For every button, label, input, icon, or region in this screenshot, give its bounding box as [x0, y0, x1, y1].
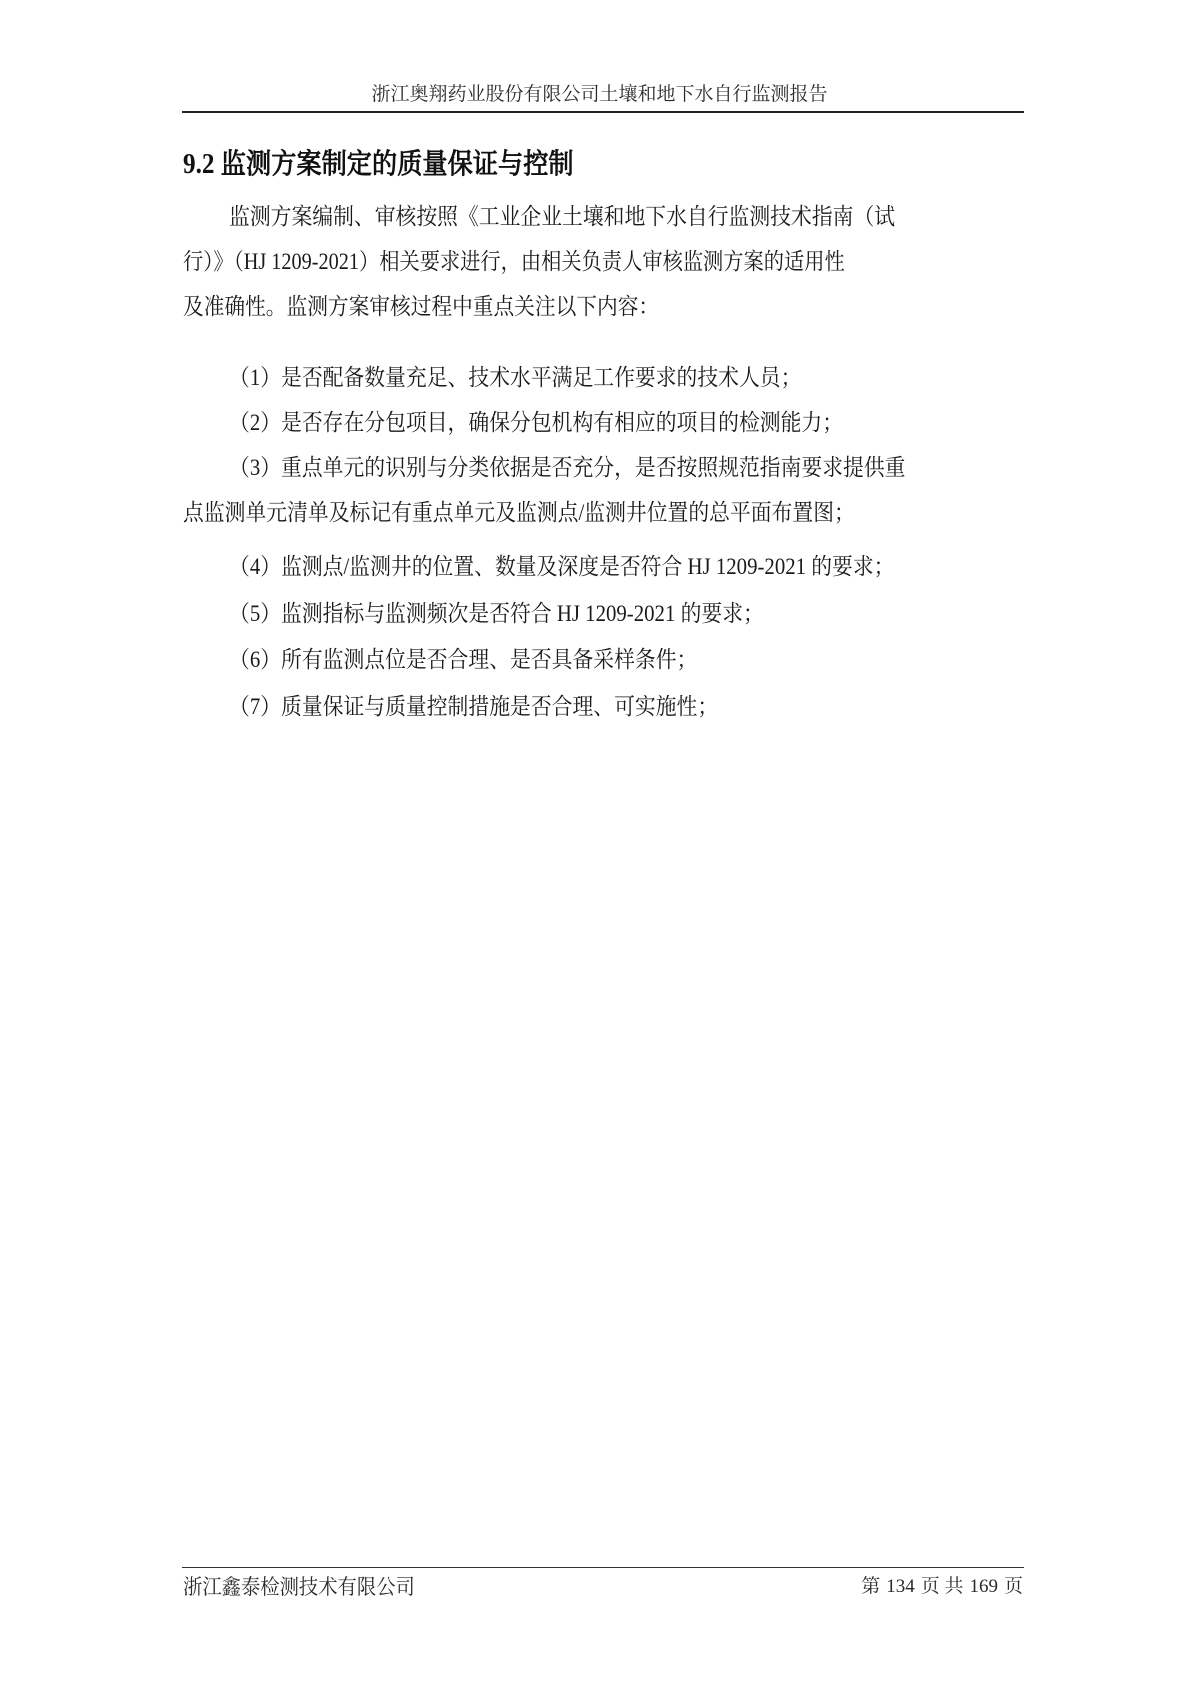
- list-item-5: （5）监测指标与监测频次是否符合 HJ 1209-2021 的要求；: [229, 600, 764, 628]
- page-total: 169: [969, 1576, 998, 1597]
- list-item-1: （1）是否配备数量充足、技术水平满足工作要求的技术人员；: [229, 364, 801, 392]
- page-prefix: 第: [861, 1576, 880, 1597]
- running-header: 浙江奥翔药业股份有限公司土壤和地下水自行监测报告: [0, 84, 1199, 106]
- page-mid: 页 共: [921, 1576, 964, 1597]
- footer-company: 浙江鑫泰检测技术有限公司: [183, 1574, 415, 1600]
- list-item-3: （3）重点单元的识别与分类依据是否充分，是否按照规范指南要求提供重: [229, 454, 905, 482]
- intro-line-1: 监测方案编制、审核按照《工业企业土壤和地下水自行监测技术指南（试: [229, 203, 895, 231]
- page-number: 第134页 共169页: [861, 1574, 1023, 1600]
- list-item-2: （2）是否存在分包项目，确保分包机构有相应的项目的检测能力；: [229, 409, 843, 437]
- header-divider: [182, 111, 1024, 113]
- page-suffix: 页: [1004, 1576, 1023, 1597]
- page-current: 134: [886, 1576, 915, 1597]
- list-item-3-continued: 点监测单元清单及标记有重点单元及监测点/监测井位置的总平面布置图；: [183, 499, 855, 527]
- list-item-7: （7）质量保证与质量控制措施是否合理、可实施性；: [229, 693, 718, 721]
- intro-line-3: 及准确性。监测方案审核过程中重点关注以下内容：: [183, 293, 659, 321]
- intro-line-2: 行）》（HJ 1209-2021）相关要求进行，由相关负责人审核监测方案的适用性: [183, 248, 845, 276]
- list-item-4: （4）监测点/监测井的位置、数量及深度是否符合 HJ 1209-2021 的要求…: [229, 553, 895, 581]
- list-item-6: （6）所有监测点位是否合理、是否具备采样条件；: [229, 646, 697, 674]
- footer-divider: [182, 1567, 1024, 1568]
- section-heading: 9.2 监测方案制定的质量保证与控制: [183, 148, 574, 182]
